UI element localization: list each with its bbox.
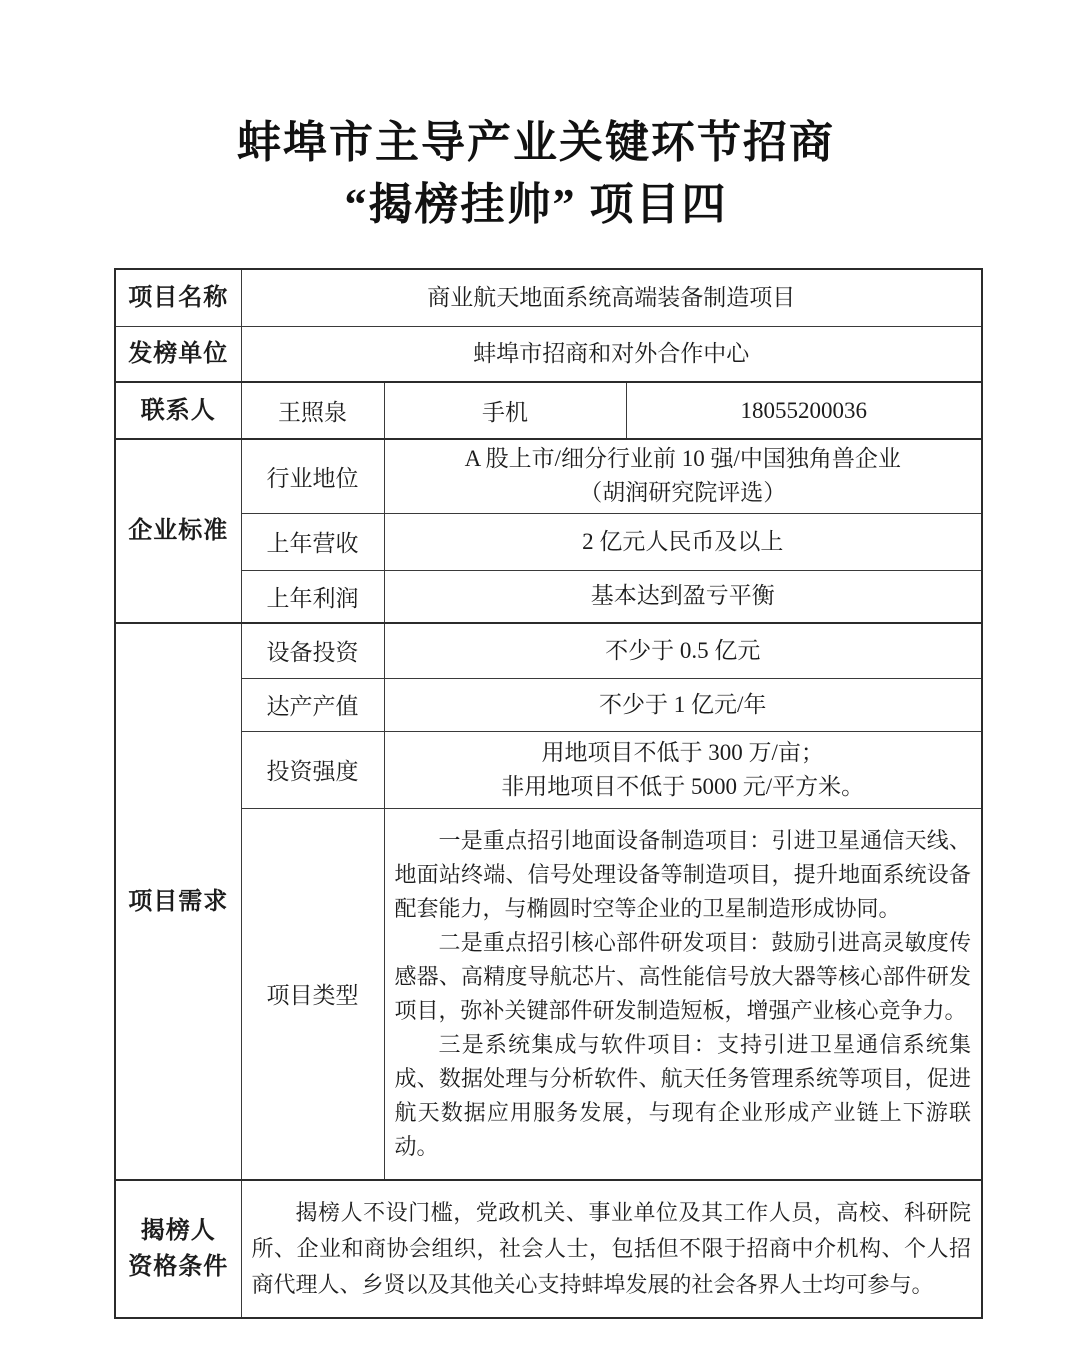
contact-name: 王照泉 [241,382,384,439]
investment-intensity-value-line1: 用地项目不低于 300 万/亩； [393,736,974,770]
industry-position-label: 行业地位 [241,439,384,513]
industry-position-value-line2: （胡润研究院评选） [393,476,974,510]
investment-intensity-label: 投资强度 [241,731,384,808]
investment-intensity-value-line2: 非用地项目不低于 5000 元/平方米。 [393,770,974,804]
last-year-profit-label: 上年利润 [241,570,384,623]
project-type-value: 一是重点招引地面设备制造项目：引进卫星通信天线、地面站终端、信号处理设备等制造项… [384,808,982,1180]
document-title-line1: 蚌埠市主导产业关键环节招商 [0,112,1072,174]
issuing-unit-value: 蚌埠市招商和对外合作中心 [241,326,982,382]
project-demand-label: 项目需求 [115,623,241,1180]
equipment-investment-label: 设备投资 [241,623,384,678]
eligibility-label-line1: 揭榜人 [124,1213,233,1249]
project-type-label: 项目类型 [241,808,384,1180]
row-output-value: 达产产值 不少于 1 亿元/年 [115,678,982,731]
contact-phone-label: 手机 [384,382,626,439]
row-contact: 联系人 王照泉 手机 18055200036 [115,382,982,439]
project-name-label: 项目名称 [115,269,241,326]
eligibility-label: 揭榜人 资格条件 [115,1180,241,1318]
last-year-revenue-label: 上年营收 [241,513,384,570]
row-investment-intensity: 投资强度 用地项目不低于 300 万/亩； 非用地项目不低于 5000 元/平方… [115,731,982,808]
row-equipment-investment: 项目需求 设备投资 不少于 0.5 亿元 [115,623,982,678]
contact-label: 联系人 [115,382,241,439]
contact-phone-number: 18055200036 [626,382,982,439]
equipment-investment-value: 不少于 0.5 亿元 [384,623,982,678]
row-eligibility: 揭榜人 资格条件 揭榜人不设门槛，党政机关、事业单位及其工作人员，高校、科研院所… [115,1180,982,1318]
enterprise-standard-label: 企业标准 [115,439,241,623]
eligibility-label-line2: 资格条件 [124,1249,233,1285]
row-last-year-profit: 上年利润 基本达到盈亏平衡 [115,570,982,623]
output-value-value: 不少于 1 亿元/年 [384,678,982,731]
investment-intensity-value: 用地项目不低于 300 万/亩； 非用地项目不低于 5000 元/平方米。 [384,731,982,808]
row-last-year-revenue: 上年营收 2 亿元人民币及以上 [115,513,982,570]
row-project-type: 项目类型 一是重点招引地面设备制造项目：引进卫星通信天线、地面站终端、信号处理设… [115,808,982,1180]
eligibility-text: 揭榜人不设门槛，党政机关、事业单位及其工作人员，高校、科研院所、企业和商协会组织… [252,1195,972,1303]
industry-position-value-line1: A 股上市/细分行业前 10 强/中国独角兽企业 [393,442,974,476]
project-type-paragraph-3: 三是系统集成与软件项目：支持引进卫星通信系统集成、数据处理与分析软件、航天任务管… [395,1028,972,1164]
eligibility-value: 揭榜人不设门槛，党政机关、事业单位及其工作人员，高校、科研院所、企业和商协会组织… [241,1180,982,1318]
row-industry-position: 企业标准 行业地位 A 股上市/细分行业前 10 强/中国独角兽企业 （胡润研究… [115,439,982,513]
document-title-line2: “揭榜挂帅” 项目四 [0,174,1072,236]
document-title: 蚌埠市主导产业关键环节招商 “揭榜挂帅” 项目四 [0,112,1072,236]
project-name-value: 商业航天地面系统高端装备制造项目 [241,269,982,326]
industry-position-value: A 股上市/细分行业前 10 强/中国独角兽企业 （胡润研究院评选） [384,439,982,513]
output-value-label: 达产产值 [241,678,384,731]
last-year-profit-value: 基本达到盈亏平衡 [384,570,982,623]
last-year-revenue-value: 2 亿元人民币及以上 [384,513,982,570]
row-project-name: 项目名称 商业航天地面系统高端装备制造项目 [115,269,982,326]
issuing-unit-label: 发榜单位 [115,326,241,382]
project-type-paragraph-2: 二是重点招引核心部件研发项目：鼓励引进高灵敏度传感器、高精度导航芯片、高性能信号… [395,926,972,1028]
project-type-paragraph-1: 一是重点招引地面设备制造项目：引进卫星通信天线、地面站终端、信号处理设备等制造项… [395,824,972,926]
project-info-table: 项目名称 商业航天地面系统高端装备制造项目 发榜单位 蚌埠市招商和对外合作中心 … [114,268,983,1319]
row-issuing-unit: 发榜单位 蚌埠市招商和对外合作中心 [115,326,982,382]
